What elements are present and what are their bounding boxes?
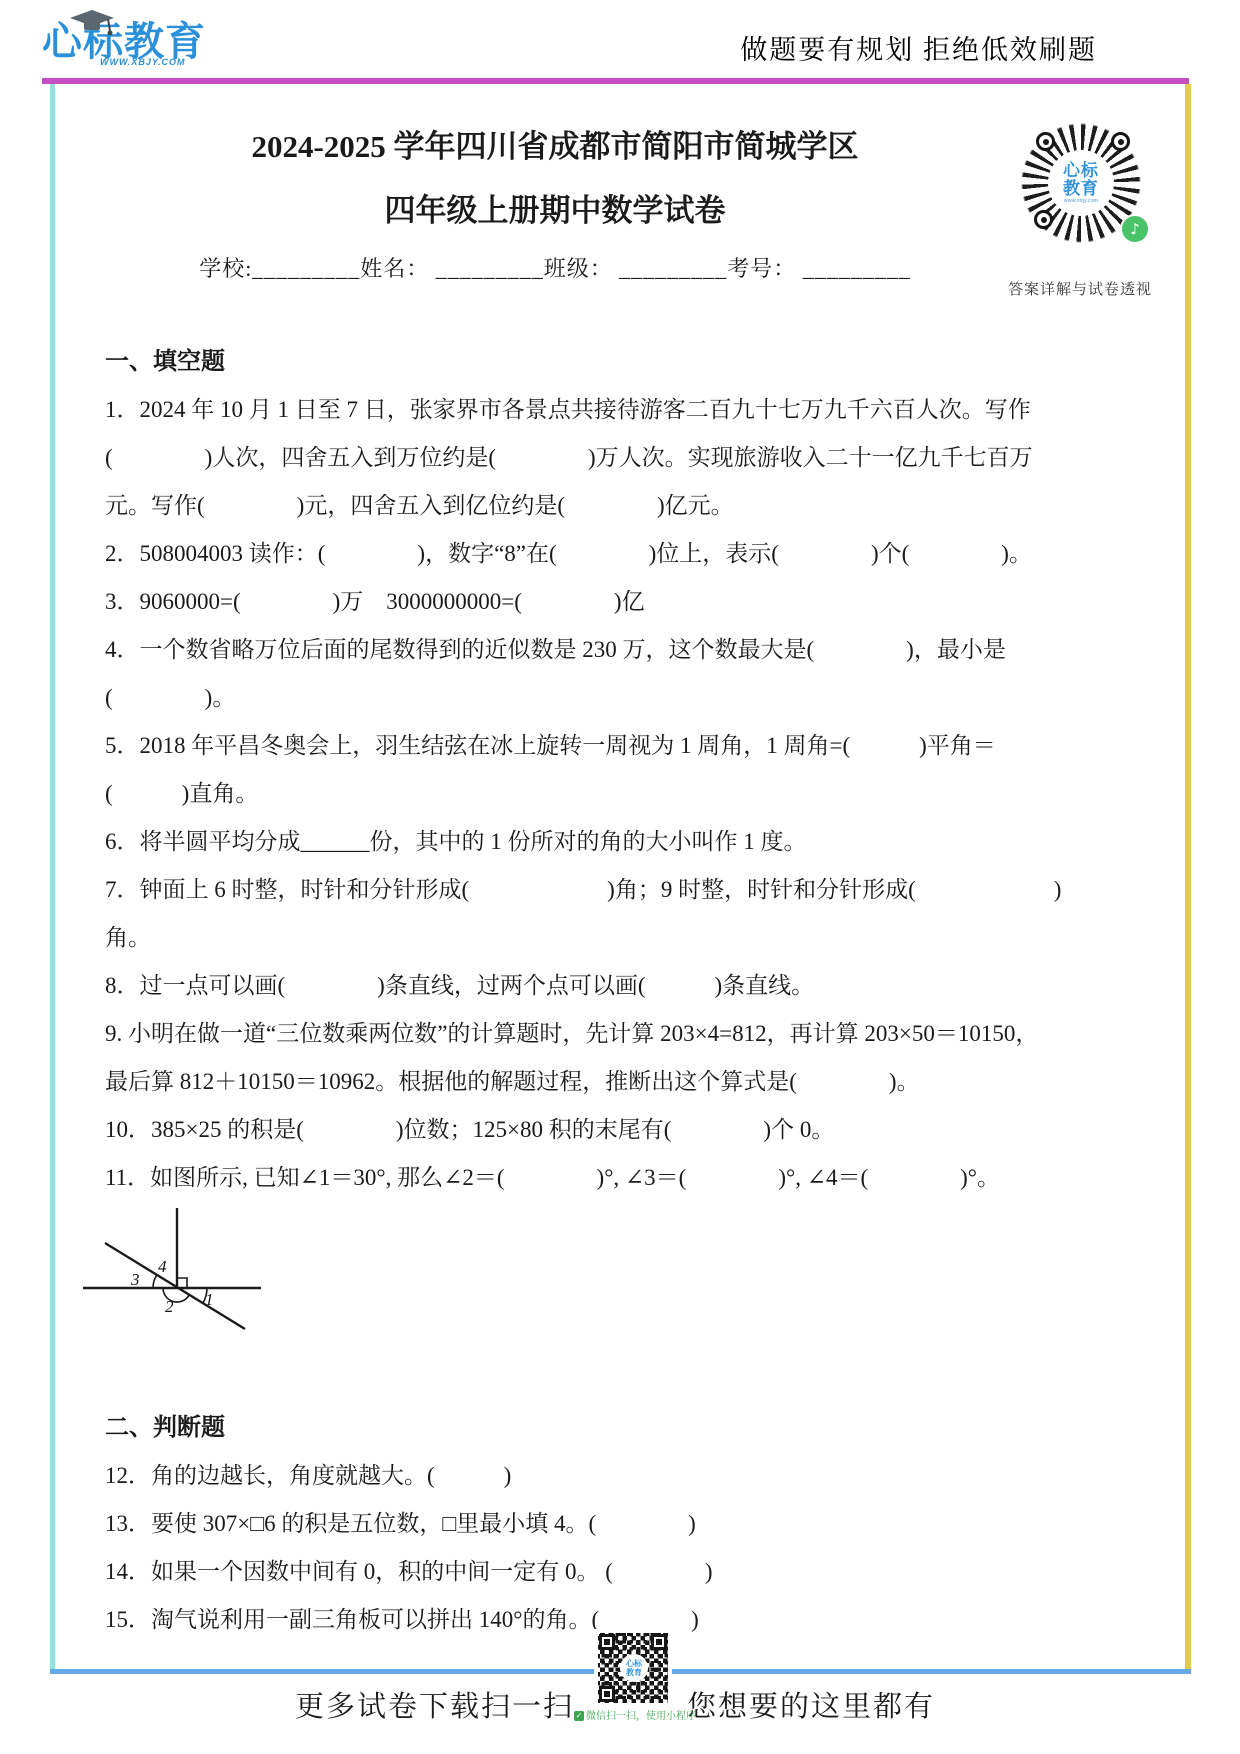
section-heading: 二、判断题	[105, 1404, 1117, 1452]
qr-center-text: 教育	[626, 1668, 642, 1677]
answer-qr-code: 心标 教育 www.xbjy.com ♪	[1016, 118, 1146, 248]
question-10-line: 10．385×25 的积是( )位数；125×80 积的末尾有( )个 0。	[105, 1106, 1117, 1154]
site-logo: 心标教育 WWW.XBJY.COM	[42, 20, 262, 67]
header-slogan: 做题要有规划 拒绝低效刷题	[740, 28, 1097, 67]
question-11-line: 11．如图所示, 已知∠1＝30°, 那么∠2＝( )°, ∠3＝( )°, ∠…	[105, 1154, 1117, 1202]
qr-center-logo: 心标 教育	[620, 1654, 648, 1682]
qr-position-dot	[1034, 210, 1053, 229]
wechat-channel-icon: ♪	[1120, 214, 1150, 244]
qr-position-dot	[1036, 132, 1055, 151]
question-1-line: ( )人次，四舍五入到万位约是( )万人次。实现旅游收入二十一亿九千七百万	[105, 434, 1117, 482]
question-9-line: 最后算 812＋10150＝10962。根据他的解题过程，推断出这个算式是( )…	[105, 1058, 1117, 1106]
question-14-line: 14．如果一个因数中间有 0，积的中间一定有 0。 ( )	[105, 1548, 1117, 1596]
qr-center-logo: 心标 教育 www.xbjy.com	[1048, 150, 1114, 216]
question-8-line: 8．过一点可以画( )条直线，过两个点可以画( )条直线。	[105, 962, 1117, 1010]
download-qr-code: 心标 教育	[594, 1629, 672, 1707]
exam-title-block: 2024-2025 学年四川省成都市简阳市简城学区 四年级上册期中数学试卷 学校…	[105, 126, 1005, 283]
angle2-label: 2	[165, 1297, 174, 1316]
qr-caption-text: 微信扫一扫，使用小程序	[586, 1711, 696, 1722]
logo-url: WWW.XBJY.COM	[100, 57, 262, 67]
diagonal-line	[105, 1243, 245, 1329]
section-heading: 一、填空题	[105, 338, 1117, 386]
qr-bottom-caption: ✓微信扫一扫，使用小程序	[560, 1707, 710, 1722]
question-6-line: 6．将半圆平均分成______份，其中的 1 份所对的角的大小叫作 1 度。	[105, 818, 1117, 866]
qr-center-text: 心标	[1063, 162, 1099, 180]
top-rule	[42, 78, 1189, 84]
left-border	[50, 84, 55, 1673]
question-2-line: 2．508004003 读作：( )，数字“8”在( )位上，表示( )个( )…	[105, 530, 1117, 578]
qr-caption: 答案详解与试卷透视	[985, 278, 1175, 299]
angle3-label: 3	[130, 1270, 140, 1289]
qr-finder-marker	[651, 1634, 667, 1650]
question-13-line: 13．要使 307×□6 的积是五位数，□里最小填 4。( )	[105, 1500, 1117, 1548]
graduation-cap-icon	[70, 10, 116, 43]
fill-in-section: 一、填空题 1．2024 年 10 月 1 日至 7 日，张家界市各景点共接待游…	[105, 338, 1117, 1202]
judge-section: 二、判断题 12．角的边越长，角度就越大。( ) 13．要使 307×□6 的积…	[105, 1404, 1117, 1644]
qr-center-text: 心标	[626, 1659, 642, 1668]
right-border	[1185, 84, 1191, 1673]
question-1-line: 1．2024 年 10 月 1 日至 7 日，张家界市各景点共接待游客二百九十七…	[105, 386, 1117, 434]
angle1-label: 1	[205, 1290, 214, 1309]
question-5-line: 5．2018 年平昌冬奥会上，羽生结弦在冰上旋转一周视为 1 周角，1 周角=(…	[105, 722, 1117, 770]
student-info-line: 学校:_________姓名： _________班级： _________考号…	[105, 252, 1005, 283]
exam-title-line1: 2024-2025 学年四川省成都市简阳市简城学区	[105, 126, 1005, 168]
footer-left-text: 更多试卷下载扫一扫	[295, 1684, 574, 1725]
question-9-line: 9. 小明在做一道“三位数乘两位数”的计算题时，先计算 203×4=812，再计…	[105, 1010, 1117, 1058]
check-icon: ✓	[574, 1711, 584, 1721]
question-3-line: 3．9060000=( )万 3000000000=( )亿	[105, 578, 1117, 626]
angle3-arc	[153, 1275, 157, 1288]
right-angle-marker	[177, 1278, 187, 1288]
qr-position-dot	[1111, 132, 1130, 151]
qr-center-url: www.xbjy.com	[1064, 198, 1098, 204]
question-12-line: 12．角的边越长，角度就越大。( )	[105, 1452, 1117, 1500]
question-5-line: ( )直角。	[105, 770, 1117, 818]
question-1-line: 元。写作( )元，四舍五入到亿位约是( )亿元。	[105, 482, 1117, 530]
qr-pattern: 心标 教育	[598, 1633, 668, 1703]
qr-finder-marker	[599, 1686, 615, 1702]
qr-finder-marker	[599, 1634, 615, 1650]
question-4-line: ( )。	[105, 674, 1117, 722]
question-7-line: 角。	[105, 914, 1117, 962]
qr-center-text: 教育	[1063, 180, 1099, 198]
question-7-line: 7．钟面上 6 时整，时针和分针形成( )角；9 时整，时针和分针形成( )	[105, 866, 1117, 914]
question-4-line: 4．一个数省略万位后面的尾数得到的近似数是 230 万，这个数最大是( )，最小…	[105, 626, 1117, 674]
angle4-label: 4	[158, 1257, 167, 1276]
angles-figure: 4 3 2 1	[68, 1200, 318, 1360]
exam-title-line2: 四年级上册期中数学试卷	[105, 190, 1005, 232]
footer-right-text: 您想要的这里都有	[687, 1684, 935, 1725]
